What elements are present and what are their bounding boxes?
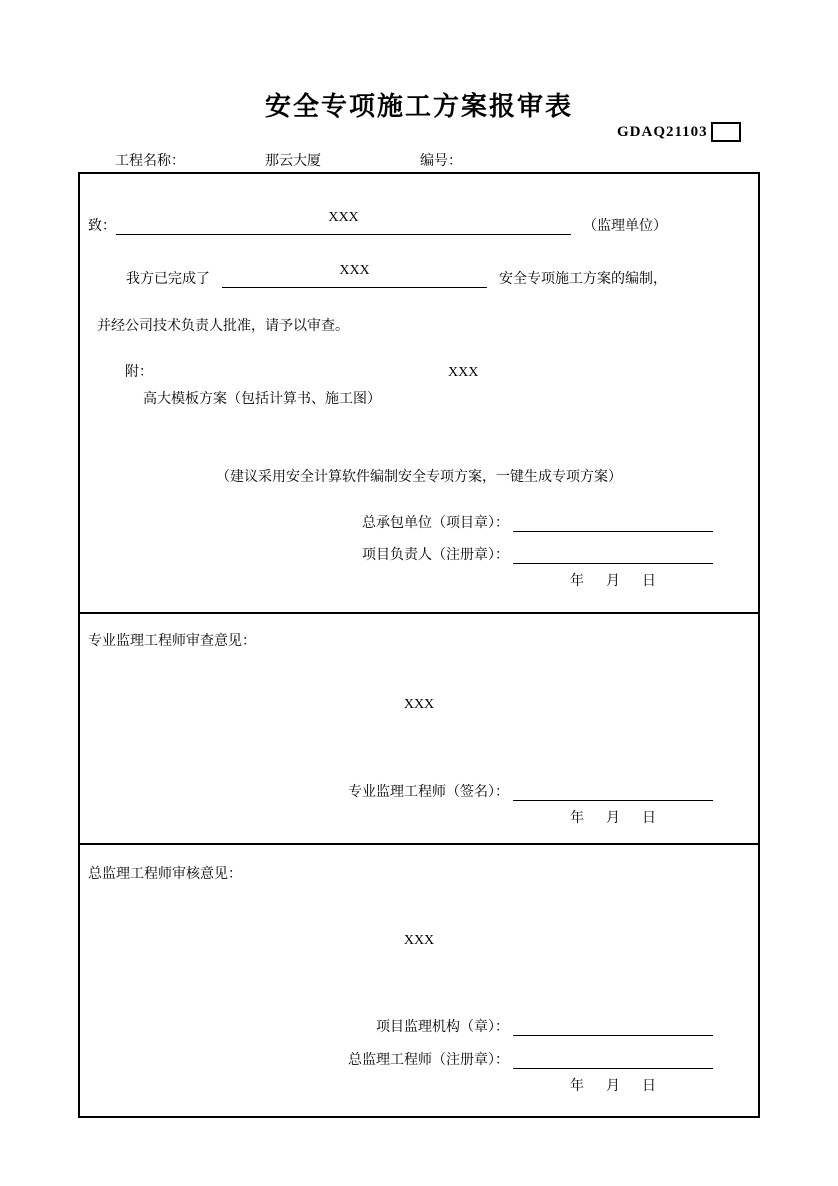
chief-signature-line[interactable]	[513, 1049, 713, 1069]
contractor-label: 总承包单位（项目章）：	[362, 512, 509, 532]
attachment-item-text: 高大模板方案（包括计算书、施工图）	[143, 388, 381, 408]
supervisor-review-comment[interactable]: XXX	[80, 697, 758, 713]
form-body: 致： XXX （监理单位） 我方已完成了 XXX 安全专项施工方案的编制， 并经…	[78, 172, 760, 1118]
form-code: GDAQ21103	[617, 124, 708, 141]
to-row: 致： XXX （监理单位）	[88, 210, 750, 235]
suggestion-note-text: （建议采用安全计算软件编制安全专项方案，一键生成专项方案）	[216, 470, 622, 485]
contractor-signature-line[interactable]	[513, 512, 713, 532]
supervisor-sign-row: 专业监理工程师（签名）：	[348, 781, 713, 801]
project-name-value: 那云大厦	[265, 150, 321, 170]
suggestion-note: （建议采用安全计算软件编制安全专项方案，一键生成专项方案）	[80, 466, 758, 486]
completed-row: 我方已完成了 XXX 安全专项施工方案的编制，	[126, 263, 667, 288]
form-code-box	[711, 122, 741, 142]
chief-sign-row: 总监理工程师（注册章）：	[348, 1049, 713, 1069]
section-supervisor-review: 专业监理工程师审查意见： XXX 专业监理工程师（签名）： 年 月 日	[80, 612, 758, 843]
manager-sign-row: 项目负责人（注册章）：	[362, 544, 713, 564]
attachment-label: 附：	[125, 361, 153, 381]
page-title: 安全专项施工方案报审表	[0, 86, 838, 123]
manager-label: 项目负责人（注册章）：	[362, 544, 509, 564]
section-application: 致： XXX （监理单位） 我方已完成了 XXX 安全专项施工方案的编制， 并经…	[80, 174, 758, 612]
application-date-placeholder: 年 月 日	[570, 570, 660, 590]
attachment-value[interactable]: XXX	[448, 365, 478, 381]
approval-note: 并经公司技术负责人批准，请予以审查。	[97, 315, 349, 335]
document-page: 安全专项施工方案报审表 GDAQ21103 工程名称： 那云大厦 编号： 致： …	[0, 0, 838, 1186]
chief-date-placeholder: 年 月 日	[570, 1075, 660, 1095]
attachment-row: 附： XXX	[80, 363, 758, 381]
manager-signature-line[interactable]	[513, 544, 713, 564]
completed-label: 我方已完成了	[126, 268, 210, 288]
supervision-org-seal-line[interactable]	[513, 1016, 713, 1036]
supervisor-signature-line[interactable]	[513, 781, 713, 801]
form-code-row: GDAQ21103	[617, 122, 741, 142]
application-date-row: 年 月 日	[570, 570, 660, 590]
supervisor-sign-label: 专业监理工程师（签名）：	[348, 781, 509, 801]
contractor-sign-row: 总承包单位（项目章）：	[362, 512, 713, 532]
chief-review-comment[interactable]: XXX	[80, 933, 758, 949]
chief-review-heading: 总监理工程师审核意见：	[88, 863, 242, 883]
attachment-item-row: 高大模板方案（包括计算书、施工图）	[143, 388, 381, 408]
to-suffix: （监理单位）	[583, 215, 667, 235]
to-label: 致：	[88, 215, 116, 235]
chief-date-row: 年 月 日	[570, 1075, 660, 1095]
supervision-org-row: 项目监理机构（章）：	[376, 1016, 713, 1036]
project-name-label: 工程名称：	[115, 150, 185, 170]
supervision-org-label: 项目监理机构（章）：	[376, 1016, 509, 1036]
supervisor-date-placeholder: 年 月 日	[570, 807, 660, 827]
completed-field-blank[interactable]: XXX	[222, 263, 487, 288]
number-label: 编号：	[420, 150, 462, 170]
completed-suffix: 安全专项施工方案的编制，	[499, 268, 667, 288]
to-field-blank[interactable]: XXX	[116, 210, 571, 235]
chief-sign-label: 总监理工程师（注册章）：	[348, 1049, 509, 1069]
supervisor-date-row: 年 月 日	[570, 807, 660, 827]
approval-note-text: 并经公司技术负责人批准，请予以审查。	[97, 315, 349, 335]
supervisor-review-heading: 专业监理工程师审查意见：	[88, 630, 256, 650]
section-chief-review: 总监理工程师审核意见： XXX 项目监理机构（章）： 总监理工程师（注册章）： …	[80, 843, 758, 1116]
